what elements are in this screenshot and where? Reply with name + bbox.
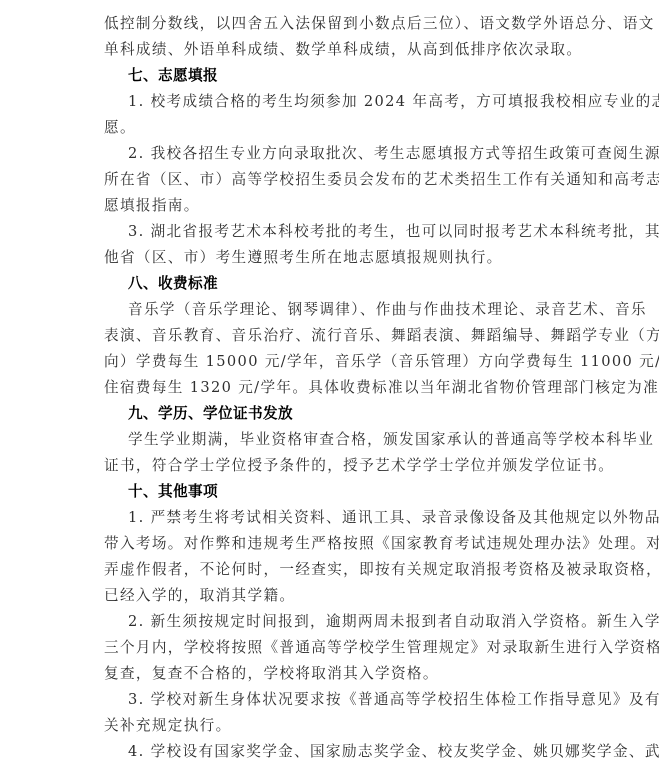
- text-line: 2. 我校各招生专业方向录取批次、考生志愿填报方式等招生政策可查阅生源: [104, 141, 552, 167]
- text-line: 4. 学校设有国家奖学金、国家励志奖学金、校友奖学金、姚贝娜奖学金、武: [104, 739, 552, 765]
- paragraph: 3. 学校对新生身体状况要求按《普通高等学校招生体检工作指导意见》及有 关补充规…: [104, 687, 552, 739]
- text-line: 向）学费每生 15000 元/学年，音乐学（音乐管理）方向学费每生 11000 …: [104, 349, 552, 375]
- paragraph: 4. 学校设有国家奖学金、国家励志奖学金、校友奖学金、姚贝娜奖学金、武: [104, 739, 552, 765]
- text-line: 学生学业期满，毕业资格审查合格，颁发国家承认的普通高等学校本科毕业: [104, 427, 552, 453]
- continuation-paragraph: 低控制分数线，以四舍五入法保留到小数点后三位）、语文数学外语总分、语文 单科成绩…: [104, 11, 552, 63]
- paragraph: 学生学业期满，毕业资格审查合格，颁发国家承认的普通高等学校本科毕业 证书，符合学…: [104, 427, 552, 479]
- text-line: 愿。: [104, 115, 552, 141]
- paragraph: 1. 校考成绩合格的考生均须参加 2024 年高考，方可填报我校相应专业的志 愿…: [104, 89, 552, 141]
- text-line: 已经入学的，取消其学籍。: [104, 583, 552, 609]
- text-line: 2. 新生须按规定时间报到，逾期两周未报到者自动取消入学资格。新生入学: [104, 609, 552, 635]
- section-heading: 八、收费标准: [104, 271, 552, 297]
- text-line: 带入考场。对作弊和违规考生严格按照《国家教育考试违规处理办法》处理。对: [104, 531, 552, 557]
- section-heading: 七、志愿填报: [104, 63, 552, 89]
- text-line: 1. 校考成绩合格的考生均须参加 2024 年高考，方可填报我校相应专业的志: [104, 89, 552, 115]
- paragraph: 3. 湖北省报考艺术本科校考批的考生，也可以同时报考艺术本科统考批，其 他省（区…: [104, 219, 552, 271]
- text-line: 3. 湖北省报考艺术本科校考批的考生，也可以同时报考艺术本科统考批，其: [104, 219, 552, 245]
- text-line: 证书，符合学士学位授予条件的，授予艺术学学士学位并颁发学位证书。: [104, 453, 552, 479]
- text-line: 1. 严禁考生将考试相关资料、通讯工具、录音录像设备及其他规定以外物品: [104, 505, 552, 531]
- text-line: 住宿费每生 1320 元/学年。具体收费标准以当年湖北省物价管理部门核定为准。: [104, 375, 552, 401]
- section-other-matters: 十、其他事项 1. 严禁考生将考试相关资料、通讯工具、录音录像设备及其他规定以外…: [104, 479, 552, 765]
- document-page: 低控制分数线，以四舍五入法保留到小数点后三位）、语文数学外语总分、语文 单科成绩…: [104, 11, 552, 765]
- section-heading: 十、其他事项: [104, 479, 552, 505]
- text-line: 弄虚作假者，不论何时，一经查实，即按有关规定取消报考资格及被录取资格，: [104, 557, 552, 583]
- text-line: 3. 学校对新生身体状况要求按《普通高等学校招生体检工作指导意见》及有: [104, 687, 552, 713]
- text-line: 所在省（区、市）高等学校招生委员会发布的艺术类招生工作有关通知和高考志: [104, 167, 552, 193]
- text-line: 表演、音乐教育、音乐治疗、流行音乐、舞蹈表演、舞蹈编导、舞蹈学专业（方: [104, 323, 552, 349]
- section-degree-certificate: 九、学历、学位证书发放 学生学业期满，毕业资格审查合格，颁发国家承认的普通高等学…: [104, 401, 552, 479]
- paragraph: 2. 新生须按规定时间报到，逾期两周未报到者自动取消入学资格。新生入学 三个月内…: [104, 609, 552, 687]
- paragraph: 1. 严禁考生将考试相关资料、通讯工具、录音录像设备及其他规定以外物品 带入考场…: [104, 505, 552, 609]
- text-line: 三个月内，学校将按照《普通高等学校学生管理规定》对录取新生进行入学资格: [104, 635, 552, 661]
- section-volunteer-application: 七、志愿填报 1. 校考成绩合格的考生均须参加 2024 年高考，方可填报我校相…: [104, 63, 552, 271]
- text-line: 单科成绩、外语单科成绩、数学单科成绩，从高到低排序依次录取。: [104, 37, 552, 63]
- paragraph: 音乐学（音乐学理论、钢琴调律）、作曲与作曲技术理论、录音艺术、音乐 表演、音乐教…: [104, 297, 552, 401]
- paragraph: 2. 我校各招生专业方向录取批次、考生志愿填报方式等招生政策可查阅生源 所在省（…: [104, 141, 552, 219]
- text-line: 关补充规定执行。: [104, 713, 552, 739]
- text-line: 低控制分数线，以四舍五入法保留到小数点后三位）、语文数学外语总分、语文: [104, 11, 552, 37]
- text-line: 他省（区、市）考生遵照考生所在地志愿填报规则执行。: [104, 245, 552, 271]
- text-line: 音乐学（音乐学理论、钢琴调律）、作曲与作曲技术理论、录音艺术、音乐: [104, 297, 552, 323]
- section-heading: 九、学历、学位证书发放: [104, 401, 552, 427]
- text-line: 复查，复查不合格的，学校将取消其入学资格。: [104, 661, 552, 687]
- text-line: 愿填报指南。: [104, 193, 552, 219]
- section-fee-standard: 八、收费标准 音乐学（音乐学理论、钢琴调律）、作曲与作曲技术理论、录音艺术、音乐…: [104, 271, 552, 401]
